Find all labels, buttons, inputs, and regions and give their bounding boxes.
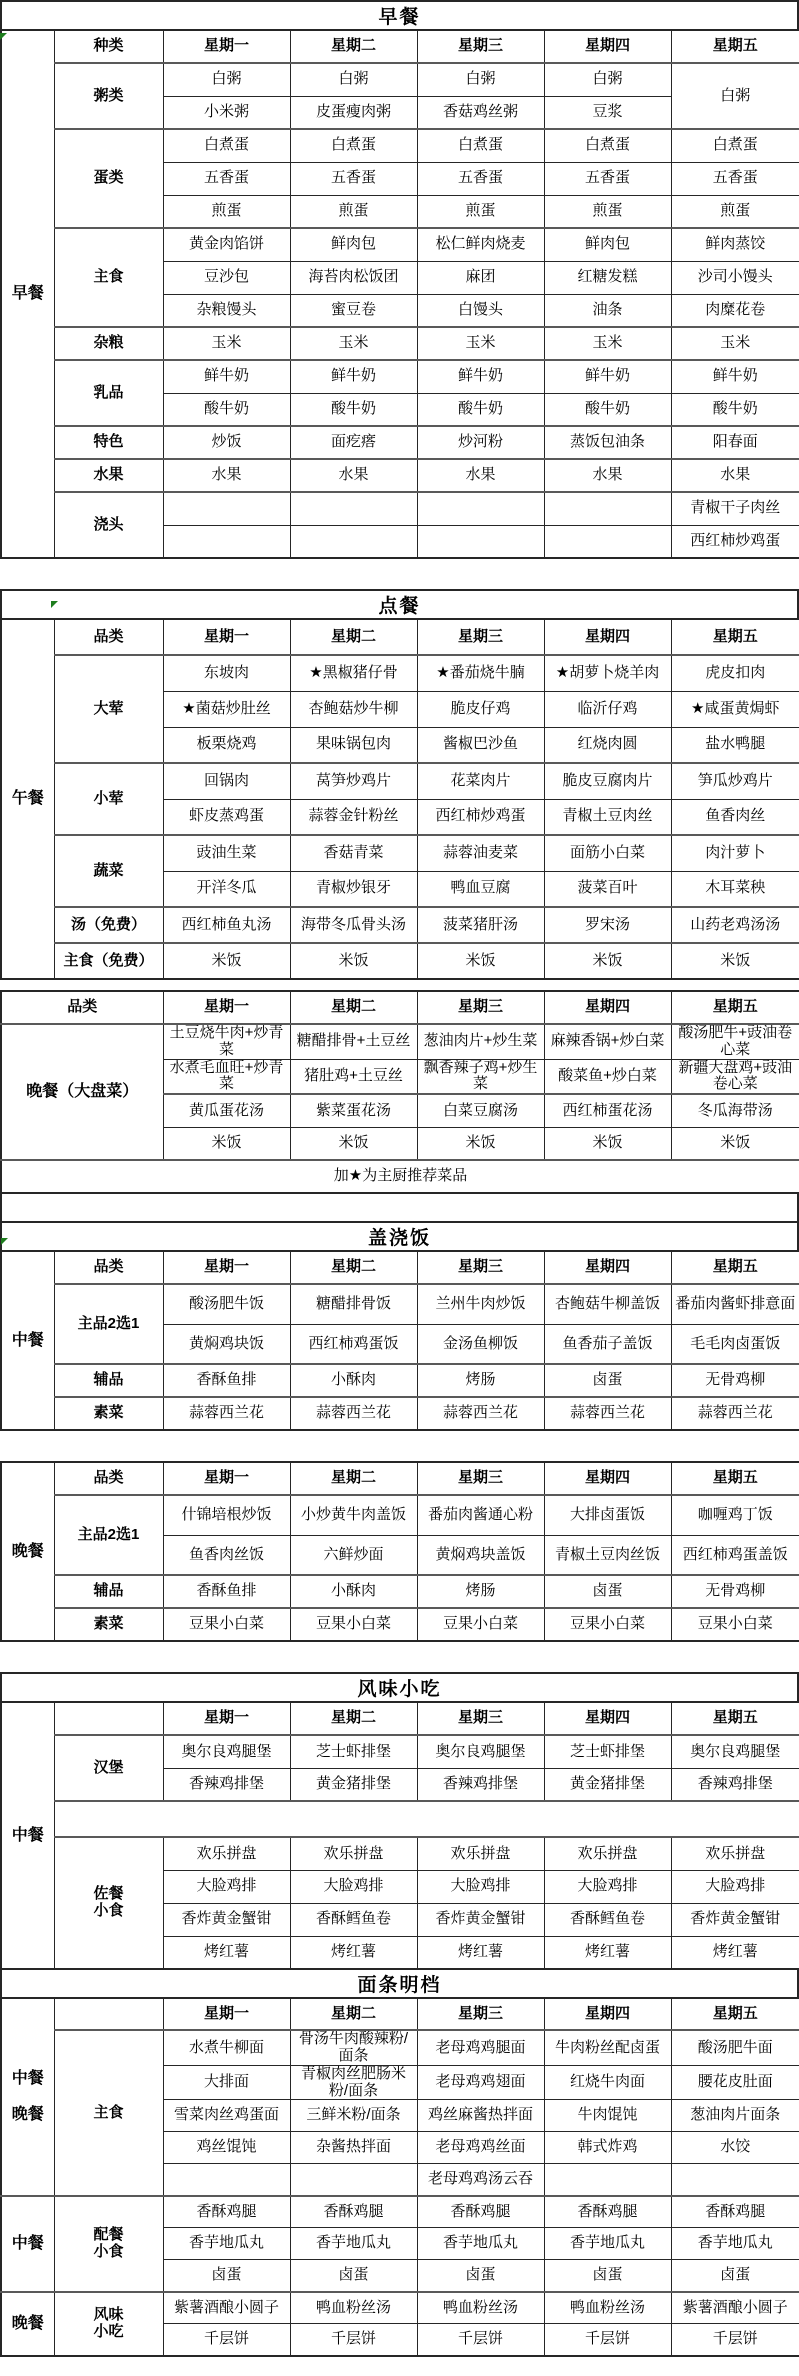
menu-cell: 烤红薯 — [671, 1936, 799, 1969]
menu-cell: 欢乐拼盘 — [544, 1837, 671, 1870]
category-label: 浇头 — [54, 492, 163, 558]
footer-note: 加★为主厨推荐菜品 — [1, 1160, 799, 1193]
menu-cell: 酸牛奶 — [163, 393, 290, 426]
rice-bowl-lunch-table: 中餐品类星期一星期二星期三星期四星期五主品2选1酸汤肥牛饭糖醋排骨饭兰州牛肉炒饭… — [0, 1250, 799, 1431]
menu-cell: 面疙瘩 — [290, 426, 417, 459]
menu-cell: 冬瓜海带汤 — [671, 1094, 799, 1127]
menu-cell: 腰花皮肚面 — [671, 2065, 799, 2100]
day-header: 星期二 — [290, 991, 417, 1024]
menu-cell: 毛毛肉卤蛋饭 — [671, 1324, 799, 1364]
menu-cell: 紫薯酒酿小圆子 — [671, 2292, 799, 2324]
menu-cell: 欢乐拼盘 — [671, 1837, 799, 1870]
menu-cell: 老母鸡鸡丝面 — [417, 2132, 544, 2164]
category-label: 杂粮 — [54, 327, 163, 360]
menu-cell: 豆果小白菜 — [544, 1608, 671, 1641]
menu-cell: 酸汤肥牛面 — [671, 2030, 799, 2065]
menu-cell — [544, 525, 671, 558]
day-header: 星期四 — [544, 619, 671, 655]
menu-cell: 鲜牛奶 — [671, 360, 799, 393]
menu-cell: 米饭 — [544, 1127, 671, 1160]
menu-cell: 麻团 — [417, 261, 544, 294]
noodles-table: 中餐 晚餐星期一星期二星期三星期四星期五主食水煮牛柳面骨汤牛肉酸辣粉/面条老母鸡… — [0, 1997, 799, 2357]
day-header: 星期二 — [290, 1462, 417, 1495]
day-header: 星期四 — [544, 1251, 671, 1284]
menu-cell: 青椒土豆肉丝 — [544, 799, 671, 835]
menu-cell: 海带冬瓜骨头汤 — [290, 907, 417, 943]
column-header: 品类 — [54, 619, 163, 655]
meal-label: 午餐 — [1, 619, 54, 979]
menu-cell — [163, 492, 290, 525]
menu-cell: 香酥鸡腿 — [544, 2196, 671, 2228]
menu-cell: 杏鲍菇炒牛柳 — [290, 691, 417, 727]
menu-cell: 白煮蛋 — [544, 129, 671, 162]
menu-cell: 卤蛋 — [544, 1575, 671, 1608]
menu-cell: 大脸鸡排 — [544, 1870, 671, 1903]
menu-cell: 香芋地瓜丸 — [671, 2228, 799, 2260]
menu-cell: 鲜肉蒸饺 — [671, 228, 799, 261]
menu-cell: 白粥 — [163, 63, 290, 96]
category-label: 特色 — [54, 426, 163, 459]
menu-cell: 鸭血粉丝汤 — [544, 2292, 671, 2324]
menu-cell: 鱼香肉丝 — [671, 799, 799, 835]
day-header: 星期三 — [417, 619, 544, 655]
menu-cell: 番茄肉酱通心粉 — [417, 1495, 544, 1535]
menu-cell: 番茄肉酱虾排意面 — [671, 1284, 799, 1324]
menu-cell: 老母鸡鸡腿面 — [417, 2030, 544, 2065]
menu-cell: 玉米 — [290, 327, 417, 360]
menu-cell: 大脸鸡排 — [671, 1870, 799, 1903]
menu-cell: 西红柿鸡蛋盖饭 — [671, 1535, 799, 1575]
menu-cell: 蒸饭包油条 — [544, 426, 671, 459]
menu-cell: 千层饼 — [671, 2324, 799, 2356]
menu-cell: 鸭血粉丝汤 — [290, 2292, 417, 2324]
menu-cell: 肉汁萝卜 — [671, 835, 799, 871]
menu-cell — [290, 2164, 417, 2196]
menu-cell: 水果 — [544, 459, 671, 492]
menu-cell: 白煮蛋 — [671, 129, 799, 162]
menu-cell: 卤蛋 — [544, 1364, 671, 1397]
menu-cell: 菠菜百叶 — [544, 871, 671, 907]
day-header: 星期五 — [671, 30, 799, 63]
menu-cell: 水果 — [417, 459, 544, 492]
menu-cell: 白煮蛋 — [163, 129, 290, 162]
menu-cell: ★胡萝卜烧羊肉 — [544, 655, 671, 691]
menu-cell: 鱼香肉丝饭 — [163, 1535, 290, 1575]
menu-cell — [290, 492, 417, 525]
menu-cell: 鸡丝麻酱热拌面 — [417, 2100, 544, 2132]
menu-cell: 无骨鸡柳 — [671, 1575, 799, 1608]
menu-cell: 煎蛋 — [163, 195, 290, 228]
day-header: 星期三 — [417, 991, 544, 1024]
menu-cell: 煎蛋 — [544, 195, 671, 228]
menu-cell: 香芋地瓜丸 — [544, 2228, 671, 2260]
menu-cell: 香芋地瓜丸 — [163, 2228, 290, 2260]
menu-cell: 葱油肉片+炒生菜 — [417, 1024, 544, 1059]
menu-cell: 酸汤肥牛+豉油卷心菜 — [671, 1024, 799, 1059]
lunch-order-table: 午餐品类星期一星期二星期三星期四星期五大荤东坡肉★黑椒猪仔骨★番茄烧牛腩★胡萝卜… — [0, 618, 799, 980]
menu-cell: 白煮蛋 — [417, 129, 544, 162]
menu-cell: 千层饼 — [163, 2324, 290, 2356]
day-header: 星期四 — [544, 1702, 671, 1735]
menu-cell: 糖醋排骨饭 — [290, 1284, 417, 1324]
menu-cell: 米饭 — [417, 943, 544, 979]
menu-cell: 黄焖鸡块盖饭 — [417, 1535, 544, 1575]
menu-cell: 奥尔良鸡腿堡 — [163, 1735, 290, 1768]
menu-sheet: { "blocks": [ {"kind":"title","text":"早餐… — [0, 0, 799, 2357]
menu-cell: 豆果小白菜 — [417, 1608, 544, 1641]
menu-cell: 煎蛋 — [417, 195, 544, 228]
menu-cell: ★菌菇炒肚丝 — [163, 691, 290, 727]
menu-cell: 豉油生菜 — [163, 835, 290, 871]
menu-cell: 五香蛋 — [671, 162, 799, 195]
menu-cell: 鲜肉包 — [544, 228, 671, 261]
section-gap — [0, 980, 799, 990]
menu-cell: 玉米 — [544, 327, 671, 360]
menu-cell: 香炸黄金蟹钳 — [163, 1903, 290, 1936]
menu-cell: ★黑椒猪仔骨 — [290, 655, 417, 691]
menu-cell: 蒜蓉西兰花 — [163, 1397, 290, 1430]
menu-cell: 白粥 — [671, 63, 799, 129]
menu-cell: 白粥 — [417, 63, 544, 96]
menu-cell: 小酥肉 — [290, 1364, 417, 1397]
green-corner-flag-icon — [1, 1238, 8, 1245]
menu-cell: 千层饼 — [544, 2324, 671, 2356]
menu-cell: 阳春面 — [671, 426, 799, 459]
menu-cell: 玉米 — [163, 327, 290, 360]
menu-cell: 玉米 — [671, 327, 799, 360]
menu-cell: 黄焖鸡块饭 — [163, 1324, 290, 1364]
category-label: 主食 — [54, 228, 163, 327]
menu-cell: 西红柿炒鸡蛋 — [671, 525, 799, 558]
breakfast-table: 早餐种类星期一星期二星期三星期四星期五粥类白粥白粥白粥白粥白粥小米粥皮蛋瘦肉粥香… — [0, 29, 799, 559]
day-header: 星期二 — [290, 1702, 417, 1735]
menu-cell: 水煮毛血旺+炒青菜 — [163, 1059, 290, 1094]
menu-cell: 笋瓜炒鸡片 — [671, 763, 799, 799]
menu-cell: 水果 — [163, 459, 290, 492]
menu-cell: 香辣鸡排堡 — [163, 1768, 290, 1801]
menu-cell: 千层饼 — [417, 2324, 544, 2356]
menu-cell: 红糖发糕 — [544, 261, 671, 294]
meal-label: 晚餐（大盘菜） — [1, 1024, 163, 1160]
day-header: 星期二 — [290, 30, 417, 63]
category-label: 乳品 — [54, 360, 163, 426]
menu-cell: 水果 — [671, 459, 799, 492]
menu-cell — [544, 492, 671, 525]
menu-cell: 黄瓜蛋花汤 — [163, 1094, 290, 1127]
menu-cell: 水果 — [290, 459, 417, 492]
menu-cell: 鲜牛奶 — [544, 360, 671, 393]
day-header: 星期四 — [544, 991, 671, 1024]
menu-cell: 卤蛋 — [417, 2260, 544, 2292]
menu-cell: 什锦培根炒饭 — [163, 1495, 290, 1535]
menu-cell: 雪菜肉丝鸡蛋面 — [163, 2100, 290, 2132]
menu-cell: 鲜牛奶 — [163, 360, 290, 393]
menu-cell: 盐水鸭腿 — [671, 727, 799, 763]
menu-cell: 大排面 — [163, 2065, 290, 2100]
menu-cell: 五香蛋 — [163, 162, 290, 195]
day-header: 星期一 — [163, 1462, 290, 1495]
menu-cell: 豆沙包 — [163, 261, 290, 294]
rice-bowl-dinner-table: 晚餐品类星期一星期二星期三星期四星期五主品2选1什锦培根炒饭小炒黄牛肉盖饭番茄肉… — [0, 1461, 799, 1642]
menu-cell: 紫菜蛋花汤 — [290, 1094, 417, 1127]
day-header: 星期四 — [544, 30, 671, 63]
menu-cell: 香辣鸡排堡 — [417, 1768, 544, 1801]
menu-cell: 香酥鳕鱼卷 — [544, 1903, 671, 1936]
day-header: 星期二 — [290, 1251, 417, 1284]
category-label: 主品2选1 — [54, 1495, 163, 1575]
menu-cell: 青椒干子肉丝 — [671, 492, 799, 525]
menu-cell: 沙司小馒头 — [671, 261, 799, 294]
menu-cell: 黄金猪排堡 — [290, 1768, 417, 1801]
day-header: 星期五 — [671, 1998, 799, 2030]
menu-cell: 烤肠 — [417, 1575, 544, 1608]
menu-cell — [671, 2164, 799, 2196]
menu-cell: 香酥鸡腿 — [671, 2196, 799, 2228]
menu-cell: 玉米 — [417, 327, 544, 360]
category-label: 粥类 — [54, 63, 163, 129]
menu-cell: 蒜蓉西兰花 — [417, 1397, 544, 1430]
day-header: 星期一 — [163, 991, 290, 1024]
category-label: 辅品 — [54, 1364, 163, 1397]
menu-cell: 老母鸡鸡汤云吞 — [417, 2164, 544, 2196]
menu-cell: 酸菜鱼+炒白菜 — [544, 1059, 671, 1094]
menu-cell: 香酥鸡腿 — [163, 2196, 290, 2228]
menu-cell: 东坡肉 — [163, 655, 290, 691]
category-label: 汉堡 — [54, 1735, 163, 1801]
category-label: 素菜 — [54, 1608, 163, 1641]
menu-cell: 杏鲍菇牛柳盖饭 — [544, 1284, 671, 1324]
menu-cell: 五香蛋 — [544, 162, 671, 195]
menu-cell: ★番茄烧牛腩 — [417, 655, 544, 691]
menu-cell: 黄金猪排堡 — [544, 1768, 671, 1801]
menu-cell: 虎皮扣肉 — [671, 655, 799, 691]
menu-cell: 酸汤肥牛饭 — [163, 1284, 290, 1324]
menu-cell: 骨汤牛肉酸辣粉/面条 — [290, 2030, 417, 2065]
section-gap — [0, 1642, 799, 1672]
menu-cell: 豆果小白菜 — [671, 1608, 799, 1641]
menu-cell: 豆果小白菜 — [163, 1608, 290, 1641]
snacks-table: 中餐星期一星期二星期三星期四星期五汉堡奥尔良鸡腿堡芝士虾排堡奥尔良鸡腿堡芝士虾排… — [0, 1701, 799, 1970]
menu-cell: 肉糜花卷 — [671, 294, 799, 327]
menu-cell: 卤蛋 — [544, 2260, 671, 2292]
menu-cell: 兰州牛肉炒饭 — [417, 1284, 544, 1324]
menu-cell: 米饭 — [671, 943, 799, 979]
menu-cell: 香菇青菜 — [290, 835, 417, 871]
column-header — [54, 1702, 163, 1735]
menu-cell: 白粥 — [290, 63, 417, 96]
menu-cell: 豆果小白菜 — [290, 1608, 417, 1641]
menu-cell: 酸牛奶 — [290, 393, 417, 426]
day-header: 星期一 — [163, 619, 290, 655]
menu-cell: 大排卤蛋饭 — [544, 1495, 671, 1535]
section-title: 盖浇饭 — [0, 1221, 799, 1252]
menu-cell: 海苔肉松饭团 — [290, 261, 417, 294]
category-label: 大荤 — [54, 655, 163, 763]
menu-cell: 香菇鸡丝粥 — [417, 96, 544, 129]
menu-cell: 咖喱鸡丁饭 — [671, 1495, 799, 1535]
menu-cell: 葱油肉片面条 — [671, 2100, 799, 2132]
menu-cell: 青椒土豆肉丝饭 — [544, 1535, 671, 1575]
day-header: 星期三 — [417, 1251, 544, 1284]
menu-cell: 菠菜猪肝汤 — [417, 907, 544, 943]
menu-cell: 欢乐拼盘 — [290, 1837, 417, 1870]
menu-cell: 鲜牛奶 — [290, 360, 417, 393]
menu-cell: 小米粥 — [163, 96, 290, 129]
menu-cell: 米饭 — [290, 943, 417, 979]
menu-cell: 鲜肉包 — [290, 228, 417, 261]
green-corner-flag-icon — [0, 33, 7, 40]
menu-cell: 莴笋炒鸡片 — [290, 763, 417, 799]
menu-cell: 水煮牛柳面 — [163, 2030, 290, 2065]
spacer-band — [0, 1192, 799, 1223]
menu-cell: 蒜蓉西兰花 — [671, 1397, 799, 1430]
menu-cell: 西红柿蛋花汤 — [544, 1094, 671, 1127]
menu-cell: 鲜牛奶 — [417, 360, 544, 393]
menu-cell: 鱼香茄子盖饭 — [544, 1324, 671, 1364]
menu-cell: 白馒头 — [417, 294, 544, 327]
menu-cell: 香酥鸡腿 — [290, 2196, 417, 2228]
menu-cell: 酸牛奶 — [417, 393, 544, 426]
menu-cell: 奥尔良鸡腿堡 — [671, 1735, 799, 1768]
category-label: 水果 — [54, 459, 163, 492]
menu-cell — [163, 525, 290, 558]
day-header: 星期五 — [671, 1251, 799, 1284]
menu-cell: 面筋小白菜 — [544, 835, 671, 871]
menu-cell: 米饭 — [163, 1127, 290, 1160]
menu-cell: 皮蛋瘦肉粥 — [290, 96, 417, 129]
menu-cell: 卤蛋 — [671, 2260, 799, 2292]
menu-cell: 香酥鳕鱼卷 — [290, 1903, 417, 1936]
menu-cell: 青椒肉丝肥肠米粉/面条 — [290, 2065, 417, 2100]
menu-cell: 千层饼 — [290, 2324, 417, 2356]
menu-cell: 蜜豆卷 — [290, 294, 417, 327]
menu-cell: 香酥鸡腿 — [417, 2196, 544, 2228]
category-label: 主食（免费） — [54, 943, 163, 979]
day-header: 星期三 — [417, 1998, 544, 2030]
menu-sheet-body: 早餐早餐种类星期一星期二星期三星期四星期五粥类白粥白粥白粥白粥白粥小米粥皮蛋瘦肉… — [0, 0, 799, 2357]
menu-cell — [544, 2164, 671, 2196]
menu-cell: 果味锅包肉 — [290, 727, 417, 763]
menu-cell: 猪肚鸡+土豆丝 — [290, 1059, 417, 1094]
menu-cell: 大脸鸡排 — [290, 1870, 417, 1903]
menu-cell: 炒饭 — [163, 426, 290, 459]
green-corner-flag-icon — [51, 601, 58, 608]
column-header: 品类 — [54, 1251, 163, 1284]
menu-cell: 回锅肉 — [163, 763, 290, 799]
menu-cell — [290, 525, 417, 558]
menu-cell: 六鲜炒面 — [290, 1535, 417, 1575]
menu-cell: 红烧牛肉面 — [544, 2065, 671, 2100]
menu-cell: 牛肉粉丝配卤蛋 — [544, 2030, 671, 2065]
menu-cell: 欢乐拼盘 — [417, 1837, 544, 1870]
menu-cell: 金汤鱼柳饭 — [417, 1324, 544, 1364]
menu-cell: 青椒炒银牙 — [290, 871, 417, 907]
menu-cell: 米饭 — [417, 1127, 544, 1160]
menu-cell: 蒜蓉油麦菜 — [417, 835, 544, 871]
menu-cell: 酱椒巴沙鱼 — [417, 727, 544, 763]
menu-cell: 酸牛奶 — [671, 393, 799, 426]
menu-cell: 大脸鸡排 — [417, 1870, 544, 1903]
menu-cell: 蒜蓉西兰花 — [290, 1397, 417, 1430]
section-title: 风味小吃 — [0, 1672, 799, 1703]
menu-cell: 韩式炸鸡 — [544, 2132, 671, 2164]
menu-cell: 西红柿鱼丸汤 — [163, 907, 290, 943]
menu-cell: 紫薯酒酿小圆子 — [163, 2292, 290, 2324]
menu-cell: 新疆大盘鸡+豉油卷心菜 — [671, 1059, 799, 1094]
day-header: 星期三 — [417, 1702, 544, 1735]
category-label: 素菜 — [54, 1397, 163, 1430]
menu-cell: 酸牛奶 — [544, 393, 671, 426]
menu-cell — [417, 525, 544, 558]
category-label: 主品2选1 — [54, 1284, 163, 1364]
menu-cell: 大脸鸡排 — [163, 1870, 290, 1903]
day-header: 星期三 — [417, 1462, 544, 1495]
menu-cell: 卤蛋 — [290, 2260, 417, 2292]
menu-cell: 红烧肉圆 — [544, 727, 671, 763]
day-header: 星期一 — [163, 1702, 290, 1735]
menu-cell: 油条 — [544, 294, 671, 327]
menu-cell: 煎蛋 — [671, 195, 799, 228]
meal-label: 中餐 晚餐 — [1, 1998, 54, 2196]
menu-cell: 三鲜米粉/面条 — [290, 2100, 417, 2132]
menu-cell: 罗宋汤 — [544, 907, 671, 943]
category-label: 辅品 — [54, 1575, 163, 1608]
menu-cell: 欢乐拼盘 — [163, 1837, 290, 1870]
menu-cell: 土豆烧牛肉+炒青菜 — [163, 1024, 290, 1059]
menu-cell: 鸭血豆腐 — [417, 871, 544, 907]
menu-cell: 鸭血粉丝汤 — [417, 2292, 544, 2324]
menu-cell: 鸡丝馄饨 — [163, 2132, 290, 2164]
menu-cell: ★咸蛋黄焗虾 — [671, 691, 799, 727]
day-header: 星期三 — [417, 30, 544, 63]
menu-cell — [163, 2164, 290, 2196]
menu-cell: 麻辣香锅+炒白菜 — [544, 1024, 671, 1059]
menu-cell: 五香蛋 — [290, 162, 417, 195]
menu-cell: 香炸黄金蟹钳 — [671, 1903, 799, 1936]
menu-cell: 烤红薯 — [417, 1936, 544, 1969]
meal-label: 晚餐 — [1, 1462, 54, 1641]
menu-cell: 临沂仔鸡 — [544, 691, 671, 727]
menu-cell: 杂酱热拌面 — [290, 2132, 417, 2164]
day-header: 星期一 — [163, 30, 290, 63]
menu-cell: 花菜肉片 — [417, 763, 544, 799]
menu-cell: 飘香辣子鸡+炒生菜 — [417, 1059, 544, 1094]
category-label: 佐餐 小食 — [54, 1837, 163, 1969]
category-label: 蛋类 — [54, 129, 163, 228]
menu-cell — [54, 1801, 799, 1837]
menu-cell: 香辣鸡排堡 — [671, 1768, 799, 1801]
menu-cell: 蒜蓉金针粉丝 — [290, 799, 417, 835]
day-header: 星期五 — [671, 1462, 799, 1495]
menu-cell: 奥尔良鸡腿堡 — [417, 1735, 544, 1768]
menu-cell: 五香蛋 — [417, 162, 544, 195]
column-header: 品类 — [54, 1462, 163, 1495]
meal-label: 中餐 — [1, 2196, 54, 2292]
category-label: 配餐 小食 — [54, 2196, 163, 2292]
menu-cell: 白粥 — [544, 63, 671, 96]
category-label: 小荤 — [54, 763, 163, 835]
column-header: 品类 — [1, 991, 163, 1024]
menu-cell: 香酥鱼排 — [163, 1364, 290, 1397]
menu-cell: 香芋地瓜丸 — [290, 2228, 417, 2260]
menu-cell: 老母鸡鸡翅面 — [417, 2065, 544, 2100]
menu-cell: 脆皮豆腐肉片 — [544, 763, 671, 799]
menu-cell: 烤红薯 — [290, 1936, 417, 1969]
column-header — [54, 1998, 163, 2030]
menu-cell: 脆皮仔鸡 — [417, 691, 544, 727]
meal-label: 早餐 — [1, 30, 54, 558]
day-header: 星期五 — [671, 1702, 799, 1735]
